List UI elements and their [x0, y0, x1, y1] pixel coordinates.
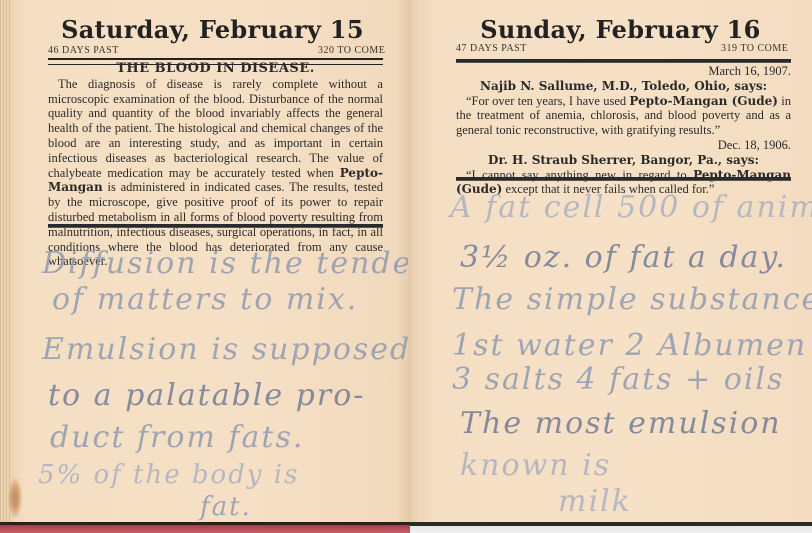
handwritten-note: to a palatable pro- [48, 378, 365, 413]
handwritten-note: known is [460, 448, 611, 483]
handwritten-note: 3 salts 4 fats + oils [452, 362, 784, 397]
days-to-come: 319 to come [721, 43, 788, 54]
header-rule [456, 59, 791, 63]
article-body: The diagnosis of disease is rarely compl… [48, 77, 383, 269]
handwritten-note: Emulsion is supposed [42, 332, 411, 367]
handwritten-note: 1st water 2 Albumen [452, 328, 807, 363]
handwritten-note: 3½ oz. of fat a day. [460, 240, 787, 275]
handwritten-note: milk [558, 484, 632, 519]
testimonial-date: March 16, 1907. [456, 64, 791, 79]
left-page: Saturday, February 15 46 days past 320 t… [0, 0, 408, 522]
open-diary-book: Saturday, February 15 46 days past 320 t… [0, 0, 812, 533]
handwritten-note: duct from fats. [50, 420, 304, 455]
page-edges [0, 0, 12, 522]
article-end-rule [48, 224, 383, 228]
article-end-rule [456, 177, 791, 181]
days-to-come: 320 to come [318, 45, 385, 56]
testimonial-date: Dec. 18, 1906. [456, 138, 791, 153]
handwritten-note: A fat cell 500 of animal [450, 190, 812, 225]
day-title: Saturday, February 15 [40, 15, 385, 44]
day-title: Sunday, February 16 [448, 15, 793, 44]
testimonial-author: Dr. H. Straub Sherrer, Bangor, Pa., says… [456, 153, 791, 168]
handwritten-note: of matters to mix. [52, 282, 358, 317]
days-past: 47 days past [456, 43, 527, 54]
handwritten-note: The most emulsion [460, 406, 782, 441]
handwritten-note: fat. [200, 492, 252, 522]
book-cover-edge-right [410, 522, 812, 533]
brand-name: Pepto-Mangan (Gude) [629, 94, 778, 108]
testimonial-quote: “For over ten years, I have used Pepto-M… [456, 94, 791, 138]
article: THE BLOOD IN DISEASE. The diagnosis of d… [48, 62, 383, 269]
handwritten-note: 5% of the body is [38, 460, 299, 490]
article-heading: THE BLOOD IN DISEASE. [48, 62, 383, 77]
right-page: Sunday, February 16 47 days past 319 to … [408, 0, 812, 522]
testimonial-author: Najib N. Sallume, M.D., Toledo, Ohio, sa… [456, 79, 791, 94]
days-past: 46 days past [48, 45, 119, 56]
handwritten-note: The simple substances [452, 282, 812, 317]
page-stain [8, 478, 22, 518]
